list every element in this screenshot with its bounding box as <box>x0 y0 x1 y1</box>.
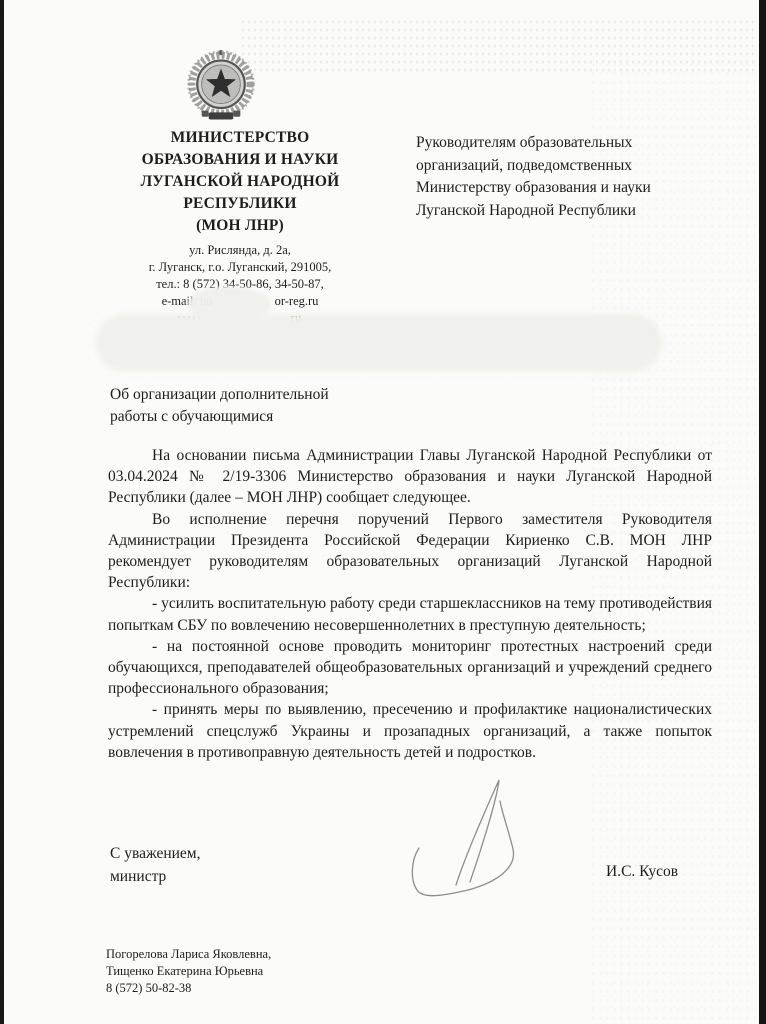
ministry-name-line: ОБРАЗОВАНИЯ И НАУКИ <box>84 149 396 171</box>
address-line: ул. Рислянда, д. 2а, <box>84 242 396 259</box>
subject-line: работы с обучающимися <box>110 406 400 428</box>
ministry-name-line: МИНИСТЕРСТВО <box>84 127 396 149</box>
subject-block: Об организации дополнительной работы с о… <box>110 384 400 428</box>
scan-border-left <box>0 0 4 1024</box>
signoff-block: С уважением, министр <box>110 842 201 888</box>
signer-name: И.С. Кусов <box>606 863 716 881</box>
whiteout-redaction <box>96 314 662 372</box>
paragraph-bullet-3: - принять меры по выявлению, пресечению … <box>108 699 712 763</box>
addressee-block: Руководителям образовательных организаци… <box>416 132 726 222</box>
lnr-coat-of-arms-icon <box>177 45 265 127</box>
email-visible-right: or-reg.ru <box>275 294 319 308</box>
addressee-line: Луганской Народной Республики <box>416 200 726 223</box>
paragraph-intro: На основании письма Администрации Главы … <box>108 445 712 509</box>
ministry-name-line: (МОН ЛНР) <box>84 215 396 237</box>
ministry-name-line: РЕСПУБЛИКИ <box>84 193 396 215</box>
paragraph-bullet-1: - усилить воспитательную работу среди ст… <box>108 593 712 635</box>
executor-name: Погорелова Лариса Яковлевна, <box>106 946 271 963</box>
addressee-line: Министерству образования и науки <box>416 177 726 200</box>
addressee-line: Руководителям образовательных <box>416 132 726 155</box>
ministry-name-line: ЛУГАНСКОЙ НАРОДНОЙ <box>84 171 396 193</box>
executor-name: Тищенко Екатерина Юрьевна <box>106 963 271 980</box>
ministry-name-block: МИНИСТЕРСТВО ОБРАЗОВАНИЯ И НАУКИ ЛУГАНСК… <box>84 127 396 237</box>
address-line: г. Луганск, г.о. Луганский, 291005, <box>84 259 396 276</box>
letter-body: На основании письма Администрации Главы … <box>108 445 712 763</box>
paragraph-bullet-2: - на постоянной основе проводить монитор… <box>108 636 712 700</box>
paragraph-directive: Во исполнение перечня поручений Первого … <box>108 509 712 594</box>
handwritten-signature-icon <box>396 772 610 924</box>
subject-line: Об организации дополнительной <box>110 384 400 406</box>
signoff-title: министр <box>110 865 201 888</box>
scan-noise-top <box>240 18 755 73</box>
signoff-closing: С уважением, <box>110 842 201 865</box>
executor-phone: 8 (572) 50-82-38 <box>106 980 271 997</box>
addressee-line: организаций, подведомственных <box>416 155 726 178</box>
executor-contact-block: Погорелова Лариса Яковлевна, Тищенко Ека… <box>106 946 271 997</box>
scanned-letter-page: МИНИСТЕРСТВО ОБРАЗОВАНИЯ И НАУКИ ЛУГАНСК… <box>0 0 766 1024</box>
scan-border-right <box>759 0 766 1024</box>
